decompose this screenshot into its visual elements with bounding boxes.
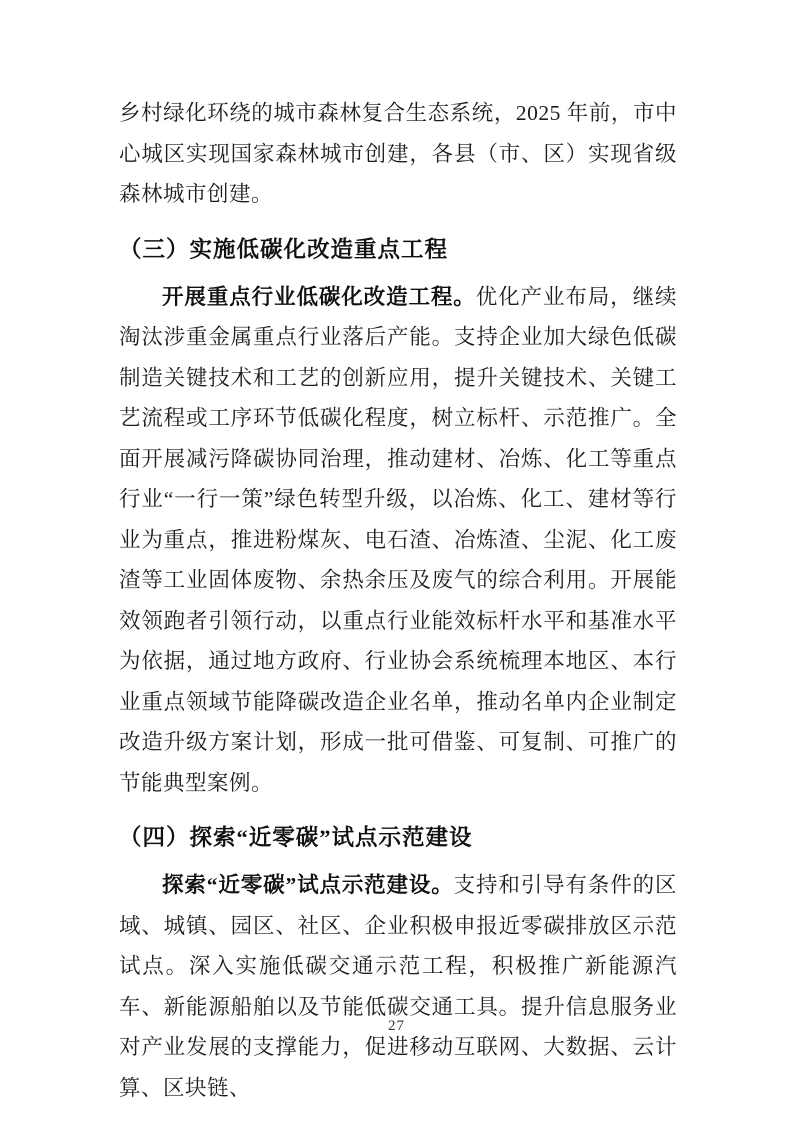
section-heading-4: （四）探索“近零碳”试点示范建设 [119, 803, 677, 865]
paragraph-section-3-lead: 开展重点行业低碳化改造工程。 [162, 285, 476, 309]
paragraph-section-4-lead: 探索“近零碳”试点示范建设。 [162, 873, 454, 897]
paragraph-section-3-rest: 优化产业布局，继续淘汰涉重金属重点行业落后产能。支持企业加大绿色低碳制造关键技术… [119, 285, 677, 795]
document-page: 乡村绿化环绕的城市森林复合生态系统，2025 年前，市中心城区实现国家森林城市创… [0, 0, 793, 1122]
section-heading-3: （三）实施低碳化改造重点工程 [119, 215, 677, 277]
paragraph-section-4-rest: 支持和引导有条件的区域、城镇、园区、社区、企业积极申报近零碳排放区示范试点。深入… [119, 873, 677, 1100]
paragraph-continuation: 乡村绿化环绕的城市森林复合生态系统，2025 年前，市中心城区实现国家森林城市创… [119, 93, 677, 215]
content-area: 乡村绿化环绕的城市森林复合生态系统，2025 年前，市中心城区实现国家森林城市创… [119, 93, 677, 1108]
page-number: 27 [0, 1018, 793, 1035]
paragraph-section-3: 开展重点行业低碳化改造工程。优化产业布局，继续淘汰涉重金属重点行业落后产能。支持… [119, 277, 677, 804]
paragraph-section-4: 探索“近零碳”试点示范建设。支持和引导有条件的区域、城镇、园区、社区、企业积极申… [119, 865, 677, 1108]
